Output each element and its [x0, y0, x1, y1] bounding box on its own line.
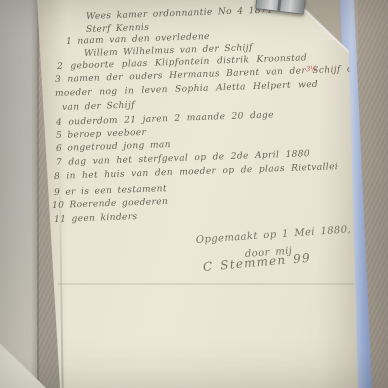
fold-crease-horizontal — [58, 283, 354, 285]
handwritten-line-item5: 5 beroep veeboer — [56, 128, 147, 141]
document-page: Wees kamer ordonnantie No 4 1871 Sterf K… — [0, 0, 388, 388]
signature: C Stemmen 99 — [203, 253, 312, 272]
document-subheading: Sterf Kennis — [86, 23, 150, 35]
photo-frame: Wees kamer ordonnantie No 4 1871 Sterf K… — [0, 0, 388, 388]
binder-clip-notch — [277, 0, 282, 11]
handwritten-line-item9: 9 er is een testament — [54, 184, 167, 198]
handwritten-line-item6: 6 ongetroud jong man — [56, 140, 171, 154]
page-edge-shadow — [31, 0, 39, 388]
document-heading: Wees kamer ordonnantie No 4 1871 — [86, 5, 274, 22]
handwritten-line-item10: 10 Roerende goederen — [52, 197, 169, 211]
handwritten-line-item3-continued2: van der Schijf — [62, 100, 135, 113]
handwritten-line-item4: 4 ouderdom 21 jaren 2 maande 20 dage — [56, 110, 274, 128]
red-ink-annotation: 3½ — [306, 65, 318, 74]
handwritten-line-item11: 11 geen kinders — [54, 212, 138, 225]
